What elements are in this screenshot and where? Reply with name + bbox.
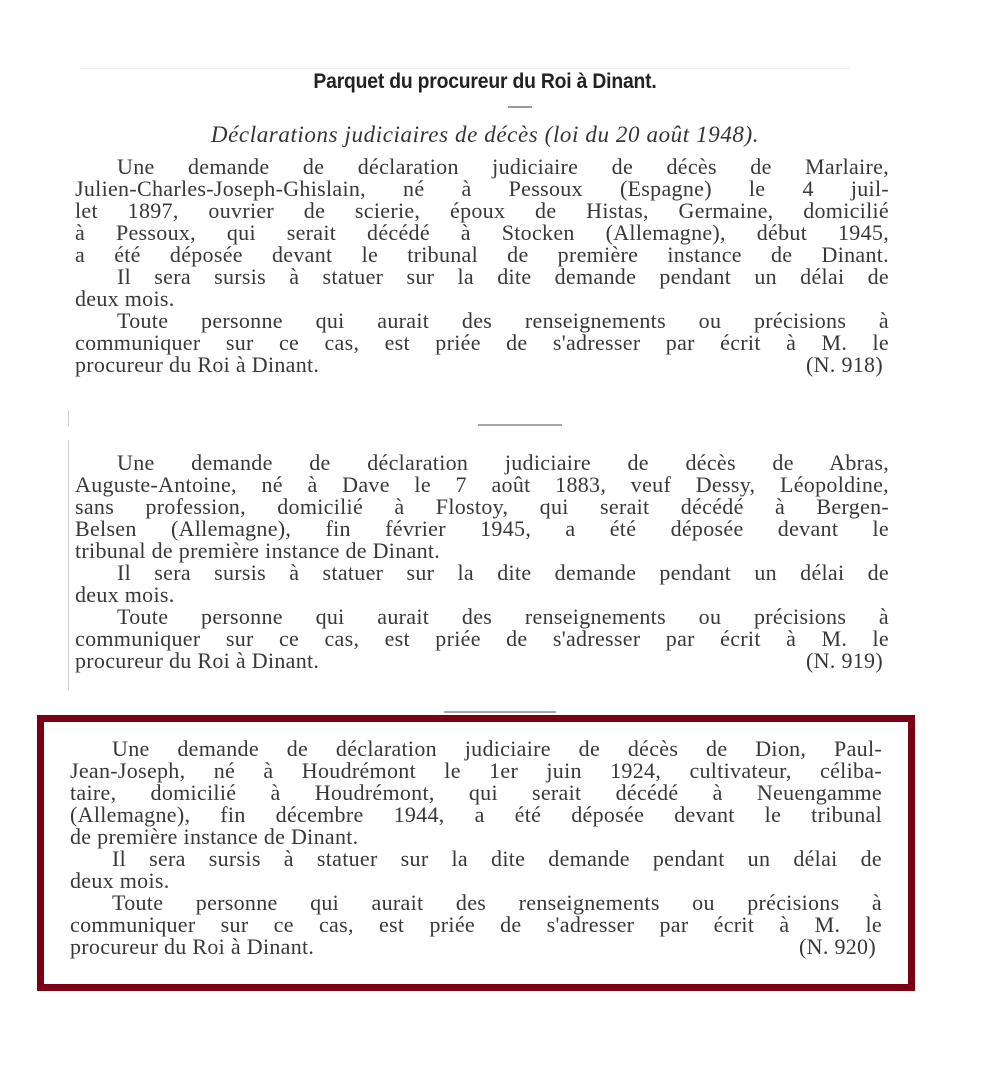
notice-line: procureur du Roi à Dinant. bbox=[75, 650, 319, 672]
notice-reference: (N. 919) bbox=[806, 650, 889, 672]
notice-line: communiquer sur ce cas, est priée de s'a… bbox=[75, 332, 889, 354]
page-heading: Parquet du procureur du Roi à Dinant. bbox=[94, 70, 876, 94]
separator-rule bbox=[478, 424, 562, 426]
notice-line: Il sera sursis à statuer sur la dite dem… bbox=[75, 562, 889, 584]
notice-line: Toute personne qui aurait des renseignem… bbox=[75, 310, 889, 332]
column-rule bbox=[68, 440, 69, 690]
notice-line: à Pessoux, qui serait décédé à Stocken (… bbox=[75, 222, 889, 244]
notice-reference: (N. 918) bbox=[806, 354, 889, 376]
notice-line: procureur du Roi à Dinant. bbox=[75, 354, 319, 376]
column-rule bbox=[68, 410, 69, 426]
heading-dash bbox=[508, 106, 532, 108]
notice-line: Julien-Charles-Joseph-Ghislain, né à Pes… bbox=[75, 178, 889, 200]
notice-line: communiquer sur ce cas, est priée de s'a… bbox=[75, 628, 889, 650]
notice-line: deux mois. bbox=[75, 584, 889, 606]
notice-line: deux mois. bbox=[75, 288, 889, 310]
notice-line: procureur du Roi à Dinant. bbox=[70, 936, 314, 958]
notice-line: tribunal de première instance de Dinant. bbox=[75, 540, 889, 562]
notice-line: communiquer sur ce cas, est priée de s'a… bbox=[70, 914, 882, 936]
notice-line: de première instance de Dinant. bbox=[70, 826, 882, 848]
notice-line: Il sera sursis à statuer sur la dite dem… bbox=[70, 848, 882, 870]
notice-line: Belsen (Allemagne), fin février 1945, a … bbox=[75, 518, 889, 540]
notice-line: deux mois. bbox=[70, 870, 882, 892]
notice-last-line: procureur du Roi à Dinant. (N. 920) bbox=[70, 936, 882, 958]
notice-line: sans profession, domicilié à Flostoy, qu… bbox=[75, 496, 889, 518]
notice-line: (Allemagne), fin décembre 1944, a été dé… bbox=[70, 804, 882, 826]
notice-line: Une demande de déclaration judiciaire de… bbox=[75, 156, 889, 178]
notice-line: Il sera sursis à statuer sur la dite dem… bbox=[75, 266, 889, 288]
notice-line: taire, domicilié à Houdrémont, qui serai… bbox=[70, 782, 882, 804]
separator-rule bbox=[444, 711, 556, 713]
notice-last-line: procureur du Roi à Dinant. (N. 919) bbox=[75, 650, 889, 672]
notice-920: Une demande de déclaration judiciaire de… bbox=[70, 738, 882, 958]
notice-line: Auguste-Antoine, né à Dave le 7 août 188… bbox=[75, 474, 889, 496]
notice-line: Jean-Joseph, né à Houdrémont le 1er juin… bbox=[70, 760, 882, 782]
notice-line: Toute personne qui aurait des renseignem… bbox=[75, 606, 889, 628]
notice-line: a été déposée devant le tribunal de prem… bbox=[75, 244, 889, 266]
notice-line: Toute personne qui aurait des renseignem… bbox=[70, 892, 882, 914]
notice-line: Une demande de déclaration judiciaire de… bbox=[70, 738, 882, 760]
notice-918: Une demande de déclaration judiciaire de… bbox=[75, 156, 889, 376]
notice-919: Une demande de déclaration judiciaire de… bbox=[75, 452, 889, 672]
notice-last-line: procureur du Roi à Dinant. (N. 918) bbox=[75, 354, 889, 376]
top-rule bbox=[80, 68, 850, 69]
notice-reference: (N. 920) bbox=[799, 936, 882, 958]
section-subheading: Déclarations judiciaires de décès (loi d… bbox=[60, 122, 910, 148]
notice-line: Une demande de déclaration judiciaire de… bbox=[75, 452, 889, 474]
notice-line: let 1897, ouvrier de scierie, époux de H… bbox=[75, 200, 889, 222]
